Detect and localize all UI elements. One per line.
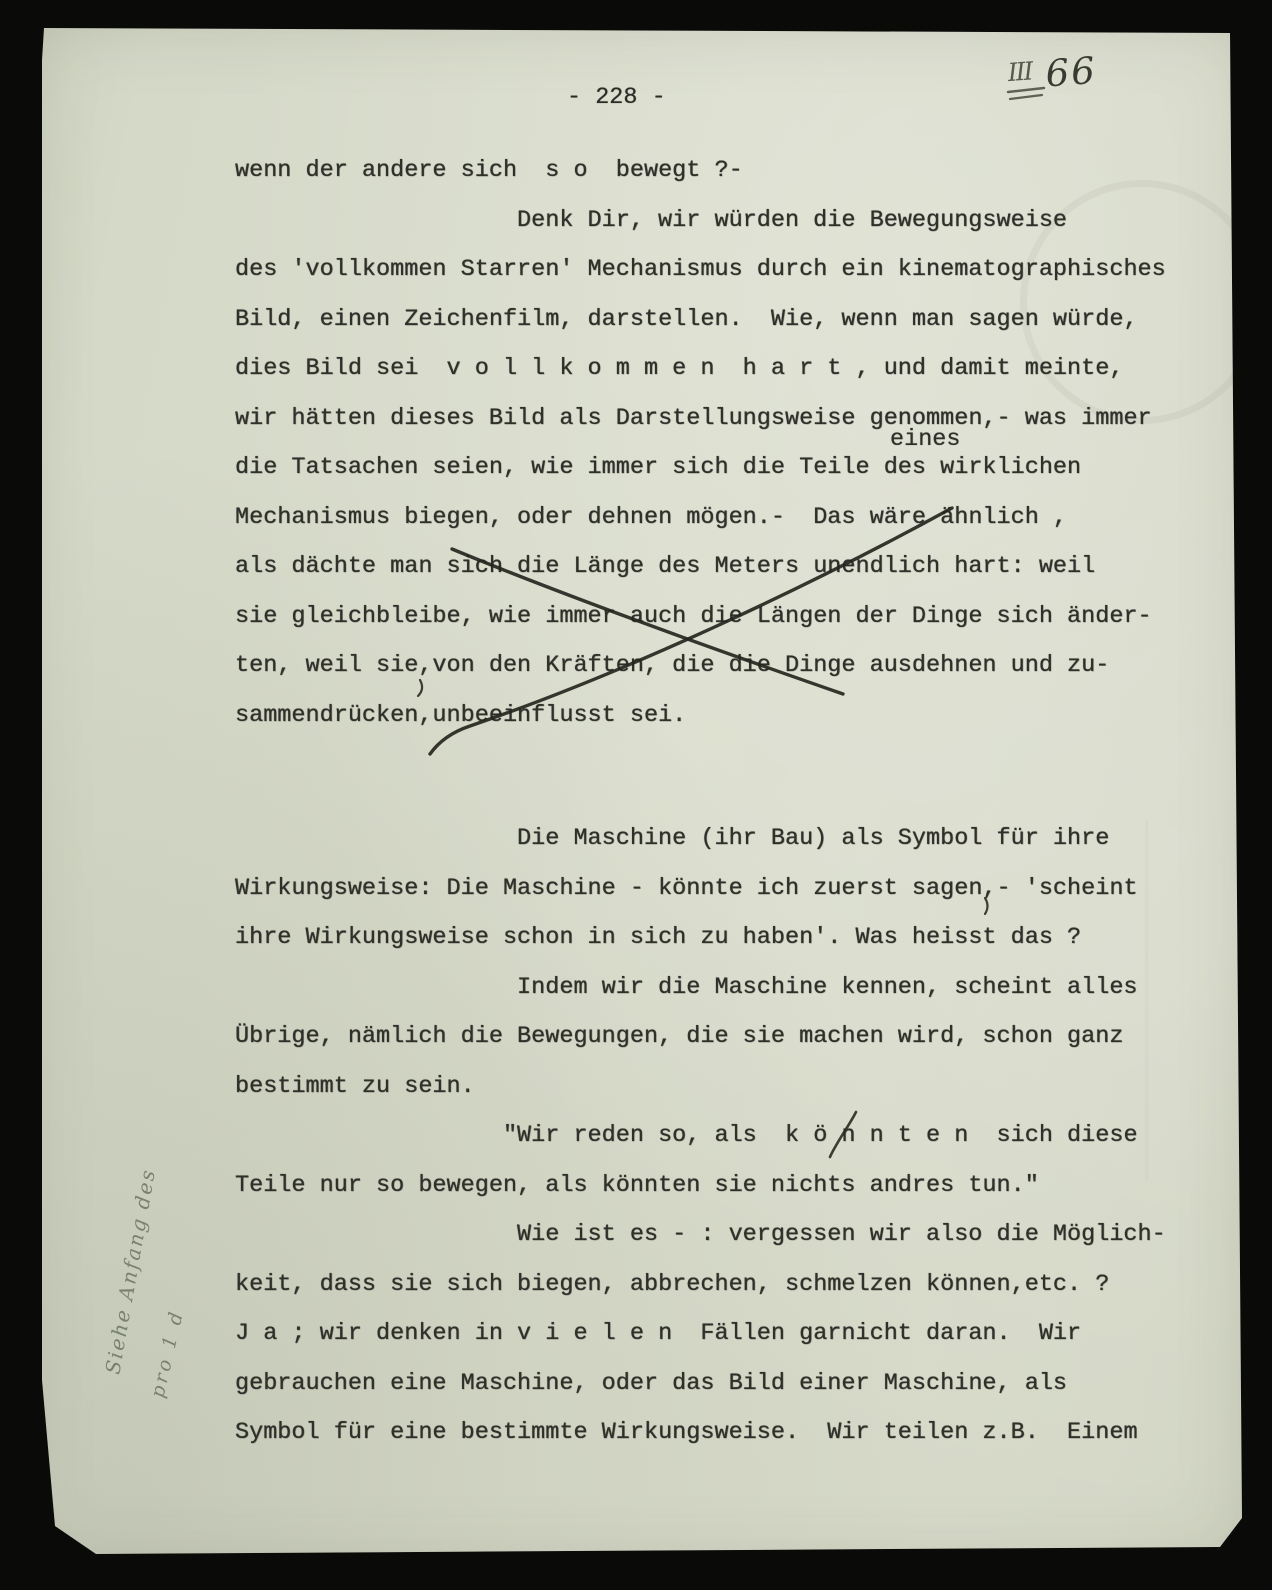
typewritten-line: Teile nur so bewegen, als könnten sie ni… [235,1171,1039,1201]
typewritten-line: Wie ist es - : vergessen wir also die Mö… [235,1220,1166,1250]
inserted-word: eines [890,426,961,453]
typewritten-line: ihre Wirkungsweise schon in sich zu habe… [235,923,1081,953]
typewritten-line: gebrauchen eine Maschine, oder das Bild … [235,1369,1067,1399]
catalog-mark: III66 [1007,49,1099,98]
typewritten-line: des 'vollkommen Starren' Mechanismus dur… [235,255,1166,285]
typewritten-line: wir hätten dieses Bild als Darstellungsw… [235,404,1152,434]
typewritten-line: Wirkungsweise: Die Maschine - könnte ich… [235,874,1138,904]
typewritten-line: keit, dass sie sich biegen, abbrechen, s… [235,1270,1109,1300]
margin-note-line-2: pro 1 d [147,1307,189,1400]
typewritten-line: Die Maschine (ihr Bau) als Symbol für ih… [235,824,1109,854]
typewritten-line: Übrige, nämlich die Bewegungen, die sie … [235,1022,1123,1052]
typewritten-line: Indem wir die Maschine kennen, scheint a… [235,973,1138,1003]
typewritten-line: als dächte man sich die Länge des Meters… [235,552,1095,582]
typewritten-line: Mechanismus biegen, oder dehnen mögen.- … [235,503,1067,533]
typewritten-line: Symbol für eine bestimmte Wirkungsweise.… [235,1418,1138,1448]
catalog-number: 66 [1044,49,1098,95]
typewritten-line: ten, weil sie,von den Kräften, die die D… [235,651,1109,681]
typewritten-line: bestimmt zu sein. [235,1072,475,1102]
margin-note-line-1: Siehe Anfang des [100,1166,160,1376]
typewritten-line: Denk Dir, wir würden die Bewegungsweise [235,206,1067,236]
paper-sheet: - 228 - III66 wenn der andere sich s o b… [0,0,1272,1590]
typewritten-line: sie gleichbleibe, wie immer auch die Län… [235,602,1152,632]
typewritten-line: "Wir reden so, als k ö n n t e n sich di… [235,1121,1138,1151]
comma-insertion-mark-line11 [418,680,422,696]
catalog-roman-numeral: III [1007,56,1033,87]
typewritten-line: Bild, einen Zeichenfilm, darstellen. Wie… [235,305,1138,335]
scanned-page: - 228 - III66 wenn der andere sich s o b… [0,0,1272,1590]
paper-crease [1146,820,1149,1180]
typewritten-line: sammendrücken,unbeeinflusst sei. [235,701,686,731]
typewritten-line: die Tatsachen seien, wie immer sich die … [235,453,1081,483]
page-number: - 228 - [567,84,666,111]
typewritten-line: J a ; wir denken in v i e l e n Fällen g… [235,1319,1081,1349]
typewritten-line: dies Bild sei v o l l k o m m e n h a r … [235,354,1123,384]
typewritten-line: wenn der andere sich s o bewegt ?- [235,156,743,186]
